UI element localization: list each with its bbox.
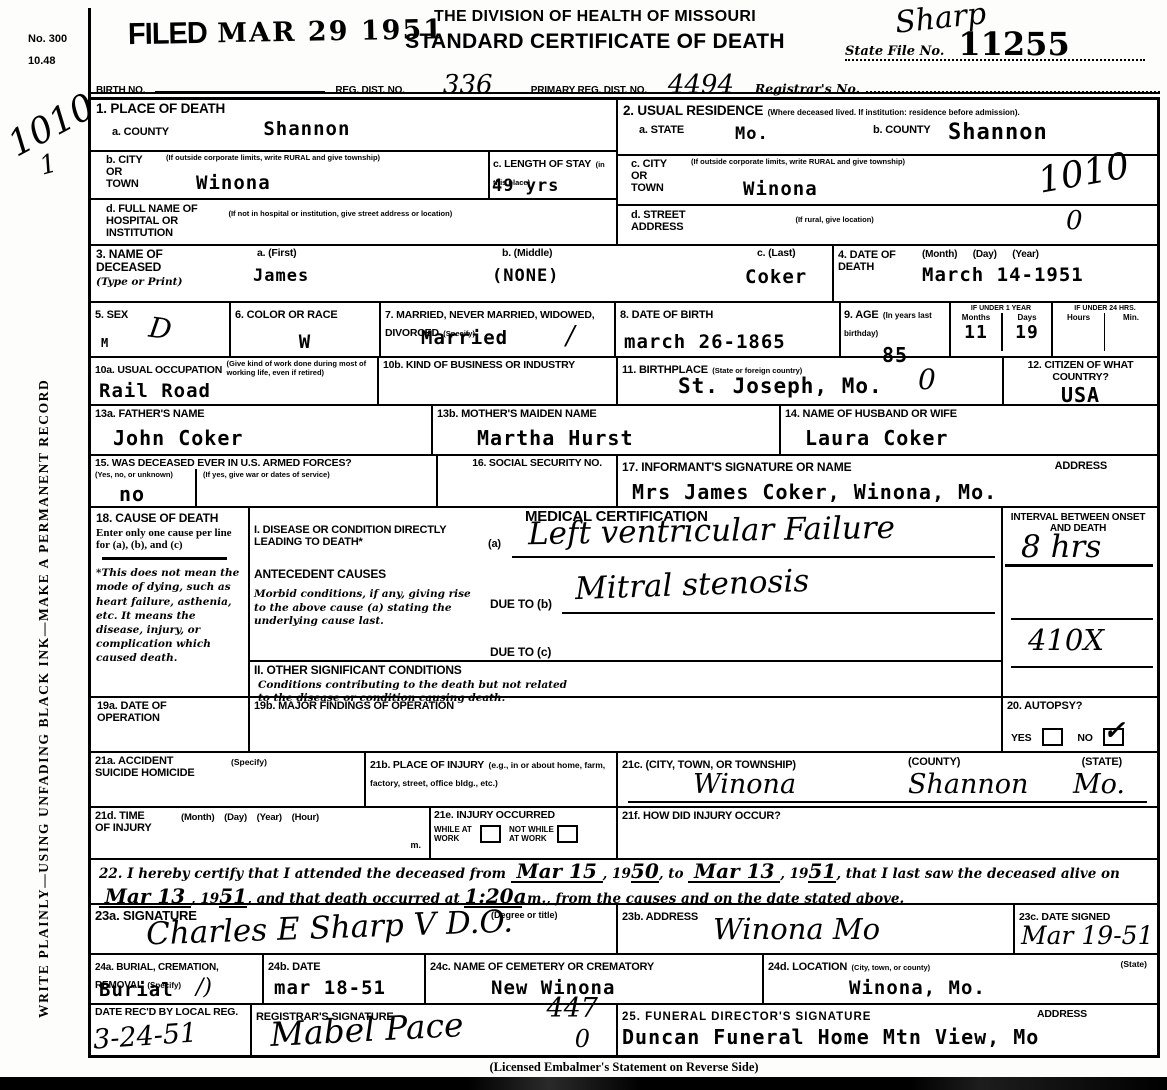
antecedent-label: ANTECEDENT CAUSES: [254, 568, 386, 581]
length-of-stay-value: 49 yrs: [492, 178, 559, 195]
injury-city-value: Winona: [693, 771, 796, 798]
certify-text-1: I hereby certify that I attended the dec…: [127, 866, 506, 882]
disease-a-label: (a): [488, 538, 501, 550]
burial-location-label: 24d. LOCATION: [768, 961, 847, 973]
date-of-death-value: March 14-1951: [922, 266, 1155, 285]
usual-residence-note: (Where deceased lived. If institution: r…: [768, 108, 1020, 117]
sex-label: 5. SEX: [95, 309, 128, 321]
county-value: Shannon: [263, 118, 350, 140]
row-occupation: 10a. USUAL OCCUPATION (Give kind of work…: [91, 358, 1157, 406]
sex-cell: 5. SEX M D: [91, 303, 231, 356]
date-received-value: 3-24-51: [92, 1019, 198, 1053]
not-while-at-work-label: NOT WHILE AT WORK: [509, 825, 557, 843]
hospital-note: (If not in hospital or institution, give…: [228, 210, 558, 219]
occupation-cell: 10a. USUAL OCCUPATION (Give kind of work…: [91, 358, 379, 404]
marital-cell: 7. MARRIED, NEVER MARRIED, WIDOWED, DIVO…: [381, 303, 616, 356]
row-injury-2: 21d. TIME OF INJURY (Month) (Day) (Year)…: [91, 808, 1157, 860]
burial-location-state-note: (State): [1121, 960, 1147, 970]
other-conditions-rule: [250, 660, 1001, 662]
armed-forces-cell: 15. WAS DECEASED EVER IN U.S. ARMED FORC…: [91, 456, 438, 506]
reg-dist-number: 336: [443, 70, 493, 100]
birthplace-handwritten-mark: 0: [918, 366, 936, 394]
form-number-line2: 10.48: [28, 50, 67, 72]
armed-forces-note2: (If yes, give war or dates of service): [203, 471, 428, 480]
form-title: STANDARD CERTIFICATE OF DEATH: [380, 30, 810, 54]
autopsy-label: 20. AUTOPSY?: [1007, 700, 1153, 712]
due-to-c-line: [562, 632, 995, 662]
registrar-code-447: 447: [546, 995, 598, 1022]
while-at-work-label: WHILE AT WORK: [434, 825, 480, 843]
burial-cell: 24a. BURIAL, CREMATION, REMOVAL (Specify…: [91, 955, 264, 1003]
father-cell: 13a. FATHER'S NAME John Coker: [91, 406, 433, 454]
interval-value: 8 hrs: [1021, 532, 1101, 563]
certify-text-5: , that I last saw the deceased alive on: [836, 866, 1119, 882]
burial-date-label: 24b. DATE: [268, 961, 320, 973]
due-to-c-label: DUE TO (c): [490, 646, 551, 659]
how-injury-label: 21f. HOW DID INJURY OCCUR?: [622, 810, 1153, 822]
time-of-injury-m: m.: [410, 840, 421, 850]
physician-address-label: 23b. ADDRESS: [622, 911, 698, 923]
length-of-stay-label: c. LENGTH OF STAY: [493, 158, 591, 170]
date-of-death-cell: 4. DATE OF DEATH (Month) (Day) (Year) Ma…: [834, 246, 1157, 301]
cause-instruction: Enter only one cause per line for (a), (…: [96, 527, 243, 551]
autopsy-no-checkmark: ✓: [1103, 718, 1125, 744]
form-number-line1: No. 300: [28, 28, 67, 50]
certify-alive-year: 51: [219, 884, 247, 908]
birth-no-label: BIRTH NO.: [96, 85, 145, 96]
citizen-cell: 12. CITIZEN OF WHAT COUNTRY? USA: [1004, 358, 1157, 404]
injury-state-label: (STATE): [1082, 756, 1122, 768]
filed-stamp-word: FILED: [128, 17, 207, 53]
age-cell: 9. AGE (In years last birthday) 85 IF UN…: [841, 303, 1157, 356]
dob-label: 8. DATE OF BIRTH: [620, 309, 713, 321]
interval-line3: [1011, 666, 1153, 668]
date-of-death-label: 4. DATE OF DEATH: [834, 246, 920, 301]
reg-dist-label: REG. DIST. NO.: [335, 85, 404, 96]
mother-label: 13b. MOTHER'S MAIDEN NAME: [437, 408, 775, 420]
how-injury-cell: 21f. HOW DID INJURY OCCUR?: [618, 808, 1157, 858]
signature-value: Charles E Sharp V D.O.: [146, 907, 514, 951]
injury-occurred-cell: 21e. INJURY OCCURRED WHILE AT WORK NOT W…: [431, 808, 618, 858]
margin-handwritten-code2: 1: [37, 150, 60, 179]
occupation-label: 10a. USUAL OCCUPATION: [95, 364, 222, 376]
certify-statement: 22. I hereby certify that I attended the…: [91, 860, 1157, 903]
place-of-death-cell: 1. PLACE OF DEATH a. COUNTY Shannon b. C…: [91, 100, 618, 244]
date-received-label: DATE REC'D BY LOCAL REG.: [95, 1007, 246, 1019]
last-name-value: Coker: [745, 268, 828, 287]
place-of-death-title: 1. PLACE OF DEATH: [96, 102, 611, 117]
mother-cell: 13b. MOTHER'S MAIDEN NAME Martha Hurst: [433, 406, 781, 454]
armed-forces-divider: [195, 469, 197, 506]
row-armed-forces: 15. WAS DECEASED EVER IN U.S. ARMED FORC…: [91, 456, 1157, 508]
autopsy-cell: 20. AUTOPSY? YES NO ✓: [1003, 698, 1157, 751]
injury-location-line: [628, 801, 1147, 803]
autopsy-no-checkbox: ✓: [1103, 728, 1124, 746]
middle-name-label: b. (Middle): [502, 248, 729, 260]
time-of-injury-label: 21d. TIME OF INJURY: [95, 810, 157, 834]
spouse-label: 14. NAME OF HUSBAND OR WIFE: [785, 408, 1153, 420]
if-under-24-hrs-label: IF UNDER 24 HRS.: [1053, 303, 1157, 313]
header-rule: [88, 92, 1160, 94]
certify-text-2: , 19: [603, 866, 631, 882]
due-to-b-label: DUE TO (b): [490, 598, 552, 611]
race-label: 6. COLOR OR RACE: [235, 309, 338, 321]
row-personal: 5. SEX M D 6. COLOR OR RACE W 7. MARRIED…: [91, 303, 1157, 358]
row-family: 13a. FATHER'S NAME John Coker 13b. MOTHE…: [91, 406, 1157, 456]
residence-state-value: Mo.: [735, 126, 769, 143]
informant-address-label: ADDRESS: [1055, 460, 1107, 472]
injury-location-cell: 21c. (CITY, TOWN, OR TOWNSHIP) (COUNTY) …: [618, 753, 1157, 806]
spouse-cell: 14. NAME OF HUSBAND OR WIFE Laura Coker: [781, 406, 1157, 454]
row-operation: 19a. DATE OF OPERATION 19b. MAJOR FINDIN…: [91, 698, 1157, 753]
certify-from-year: 50: [631, 859, 659, 883]
autopsy-yes-label: YES: [1011, 732, 1031, 744]
burial-location-value: Winona, Mo.: [849, 979, 986, 998]
burial-handwritten-mark: /): [196, 977, 212, 999]
registrar-signature-value: Mabel Pace: [269, 1008, 464, 1051]
occupation-note: (Give kind of work done during most of w…: [227, 360, 367, 377]
cemetery-label: 24c. NAME OF CEMETERY OR CREMATORY: [430, 961, 654, 973]
certify-text-3: , to: [659, 866, 684, 882]
accident-cell: 21a. ACCIDENT SUICIDE HOMICIDE (Specify): [91, 753, 366, 806]
margin-instruction-vertical: WRITE PLAINLY—USING UNFADING BLACK INK—M…: [36, 190, 52, 1018]
certify-to-date: Mar 13: [694, 859, 774, 883]
autopsy-no-label: NO: [1077, 732, 1092, 744]
burial-location-note: (City, town, or county): [852, 963, 931, 972]
row-signature: 23a. SIGNATURE (Degree or title) Charles…: [91, 905, 1157, 955]
sex-value: M: [101, 337, 109, 349]
registration-line: BIRTH NO. REG. DIST. NO. 336 PRIMARY REG…: [96, 72, 1160, 100]
date-of-death-note: (Month) (Day) (Year): [922, 249, 1155, 260]
spouse-value: Laura Coker: [805, 428, 1153, 448]
first-name-value: James: [253, 268, 454, 285]
injury-county-value: Shannon: [908, 771, 1028, 798]
armed-forces-note1: (Yes, no, or unknown): [95, 471, 190, 480]
injury-county-label: (COUNTY): [908, 756, 960, 768]
physician-address-value: Winona Mo: [713, 915, 880, 944]
ssn-label: 16. SOCIAL SECURITY NO.: [442, 458, 602, 470]
marital-handwritten-mark: /: [566, 323, 575, 349]
business-label: 10b. KIND OF BUSINESS OR INDUSTRY: [383, 360, 593, 372]
disease-label: I. DISEASE OR CONDITION DIRECTLY LEADING…: [254, 524, 479, 548]
date-signed-value: Mar 19-51: [1021, 923, 1153, 948]
days-value: 19: [1003, 324, 1051, 342]
due-to-b-value: Mitral stenosis: [575, 566, 810, 605]
place-of-injury-label: 21b. PLACE OF INJURY: [370, 759, 484, 771]
registrar-code-0: 0: [575, 1027, 590, 1051]
hospital-label: d. FULL NAME OF HOSPITAL OR INSTITUTION: [106, 203, 224, 239]
city-label: b. CITY OR TOWN: [106, 154, 156, 190]
antecedent-note: Morbid conditions, if any, giving rise t…: [254, 588, 484, 629]
time-of-injury-note: (Month) (Day) (Year) (Hour): [181, 813, 319, 823]
footer-note: (Licensed Embalmer's Statement on Revers…: [88, 1060, 1160, 1075]
interval-line1: [1005, 564, 1153, 567]
first-name-label: a. (First): [257, 248, 454, 260]
name-title-note: (Type or Print): [96, 276, 238, 288]
age-label: 9. AGE: [844, 309, 878, 321]
birthplace-value: St. Joseph, Mo.: [678, 376, 883, 397]
row-certify: 22. I hereby certify that I attended the…: [91, 860, 1157, 905]
dob-cell: 8. DATE OF BIRTH march 26-1865: [616, 303, 841, 356]
marital-value: Married: [421, 329, 508, 348]
race-cell: 6. COLOR OR RACE W: [231, 303, 381, 356]
physician-address-cell: 23b. ADDRESS Winona Mo: [618, 905, 1015, 953]
birthplace-cell: 11. BIRTHPLACE (State or foreign country…: [618, 358, 1004, 404]
row-name-dod: 3. NAME OF DECEASED (Type or Print) a. (…: [91, 246, 1157, 303]
row-cause-of-death: 18. CAUSE OF DEATH Enter only one cause …: [91, 508, 1157, 698]
usual-residence-cell: 2. USUAL RESIDENCE (Where deceased lived…: [618, 100, 1157, 244]
autopsy-yes-checkbox: [1042, 728, 1063, 746]
cause-of-death-title: 18. CAUSE OF DEATH: [96, 512, 243, 525]
time-of-injury-cell: 21d. TIME OF INJURY (Month) (Day) (Year)…: [91, 808, 431, 858]
street-address-note: (If rural, give location): [795, 215, 873, 224]
state-file-line: State File No. 11255: [845, 30, 1145, 61]
street-address-label: d. STREET ADDRESS: [631, 209, 701, 233]
row-place-residence: 1. PLACE OF DEATH a. COUNTY Shannon b. C…: [91, 100, 1157, 246]
interval-cell: INTERVAL BETWEEN ONSET AND DEATH 8 hrs 4…: [1003, 508, 1157, 696]
accident-note: (Specify): [231, 758, 267, 768]
city-value: Winona: [196, 174, 271, 193]
funeral-director-address-label: ADDRESS: [1037, 1009, 1087, 1021]
dob-value: march 26-1865: [624, 333, 835, 352]
row-registrar: DATE REC'D BY LOCAL REG. 3-24-51 REGISTR…: [91, 1005, 1157, 1055]
informant-label: 17. INFORMANT'S SIGNATURE OR NAME: [622, 460, 851, 474]
last-name-label: c. (Last): [757, 248, 828, 260]
physician-signature-cell: 23a. SIGNATURE (Degree or title) Charles…: [91, 905, 618, 953]
left-border-line: [88, 8, 91, 97]
father-value: John Coker: [113, 428, 427, 448]
form-number-block: No. 300 10.48: [28, 28, 67, 72]
certify-text-4: , 19: [780, 866, 808, 882]
sex-handwritten-mark: D: [147, 314, 173, 345]
citizen-label: 12. CITIZEN OF WHAT COUNTRY?: [1008, 360, 1153, 383]
father-label: 13a. FATHER'S NAME: [95, 408, 427, 420]
burial-date-value: mar 18-51: [274, 979, 386, 998]
burial-location-cell: 24d. LOCATION (City, town, or county) (S…: [764, 955, 1157, 1003]
certify-number: 22.: [99, 866, 123, 882]
cause-divider: [102, 557, 227, 560]
bottom-scan-bar: [0, 1077, 1167, 1090]
certify-alive-date: Mar 13: [105, 884, 185, 908]
date-received-cell: DATE REC'D BY LOCAL REG. 3-24-51: [91, 1005, 252, 1055]
citizen-value: USA: [1008, 385, 1153, 405]
certify-to-year: 51: [808, 859, 836, 883]
days-label: Days: [1003, 313, 1051, 322]
street-address-code: 0: [1066, 208, 1083, 234]
while-at-work-checkbox: [480, 825, 501, 843]
armed-forces-value: no: [119, 484, 145, 504]
accident-label: 21a. ACCIDENT SUICIDE HOMICIDE: [95, 755, 200, 779]
residence-city-note: (If outside corporate limits, write RURA…: [691, 158, 981, 194]
residence-state-label: a. STATE: [639, 124, 684, 136]
funeral-director-value: Duncan Funeral Home Mtn View, Mo: [622, 1027, 1039, 1047]
place-of-injury-cell: 21b. PLACE OF INJURY (e.g., in or about …: [366, 753, 618, 806]
registrar-signature-cell: REGISTRAR'S SIGNATURE Mabel Pace 447 0: [252, 1005, 618, 1055]
injury-occurred-label: 21e. INJURY OCCURRED: [434, 810, 613, 822]
cause-footnote: *This does not mean the mode of dying, s…: [96, 566, 243, 665]
burial-date-cell: 24b. DATE mar 18-51: [264, 955, 426, 1003]
hours-label: Hours: [1053, 313, 1104, 322]
burial-value: Burial: [99, 981, 174, 1000]
operation-date-cell: 19a. DATE OF OPERATION: [91, 698, 250, 751]
injury-state-value: Mo.: [1073, 771, 1125, 798]
middle-name-value: (NONE): [492, 268, 729, 285]
operation-date-label: 19a. DATE OF OPERATION: [97, 700, 207, 724]
not-while-at-work-checkbox: [557, 825, 578, 843]
primary-reg-dist-label: PRIMARY REG. DIST. NO.: [531, 85, 647, 96]
county-label: a. COUNTY: [112, 126, 169, 138]
funeral-director-cell: 25. FUNERAL DIRECTOR'S SIGNATURE ADDRESS…: [618, 1005, 1157, 1055]
other-conditions-label: II. OTHER SIGNIFICANT CONDITIONS: [254, 664, 462, 677]
funeral-director-label: 25. FUNERAL DIRECTOR'S SIGNATURE: [622, 1011, 871, 1023]
if-under-1-year-label: IF UNDER 1 YEAR: [951, 303, 1051, 313]
informant-value: Mrs James Coker, Winona, Mo.: [632, 482, 997, 502]
certify-from-date: Mar 15: [516, 859, 596, 883]
name-of-deceased-cell: 3. NAME OF DECEASED (Type or Print) a. (…: [91, 246, 834, 301]
interval-code: 410X: [1028, 626, 1104, 655]
primary-reg-dist-number: 4494: [668, 70, 734, 100]
disease-a-value: Left ventricular Failure: [528, 513, 895, 550]
cause-of-death-cell: 18. CAUSE OF DEATH Enter only one cause …: [91, 508, 250, 696]
mother-value: Martha Hurst: [477, 428, 775, 448]
residence-city-value: Winona: [743, 180, 818, 199]
months-value: 11: [951, 324, 1001, 342]
residence-county-label: b. COUNTY: [873, 124, 930, 136]
certificate-form: 1. PLACE OF DEATH a. COUNTY Shannon b. C…: [88, 97, 1160, 1058]
race-value: W: [235, 333, 375, 352]
row-injury-1: 21a. ACCIDENT SUICIDE HOMICIDE (Specify)…: [91, 753, 1157, 808]
medical-certification-cell: MEDICAL CERTIFICATION I. DISEASE OR COND…: [250, 508, 1003, 696]
min-label: Min.: [1105, 313, 1157, 322]
months-label: Months: [951, 313, 1001, 322]
dept-title: THE DIVISION OF HEALTH OF MISSOURI: [380, 8, 810, 26]
interval-line2: [1011, 618, 1153, 620]
state-file-label: State File No.: [845, 44, 944, 59]
informant-cell: 17. INFORMANT'S SIGNATURE OR NAME ADDRES…: [618, 456, 1157, 506]
operation-findings-cell: 19b. MAJOR FINDINGS OF OPERATION: [250, 698, 1003, 751]
operation-findings-label: 19b. MAJOR FINDINGS OF OPERATION: [254, 700, 997, 712]
occupation-value: Rail Road: [99, 382, 211, 401]
business-cell: 10b. KIND OF BUSINESS OR INDUSTRY: [379, 358, 618, 404]
state-file-number: 11255: [958, 30, 1069, 59]
date-signed-cell: 23c. DATE SIGNED Mar 19-51: [1015, 905, 1157, 953]
name-title: 3. NAME OF DECEASED: [96, 248, 206, 274]
row-burial: 24a. BURIAL, CREMATION, REMOVAL (Specify…: [91, 955, 1157, 1005]
residence-county-value: Shannon: [948, 122, 1048, 144]
residence-city-label: c. CITY OR TOWN: [631, 158, 681, 194]
ssn-cell: 16. SOCIAL SECURITY NO.: [438, 456, 618, 506]
usual-residence-title: 2. USUAL RESIDENCE: [623, 103, 763, 118]
